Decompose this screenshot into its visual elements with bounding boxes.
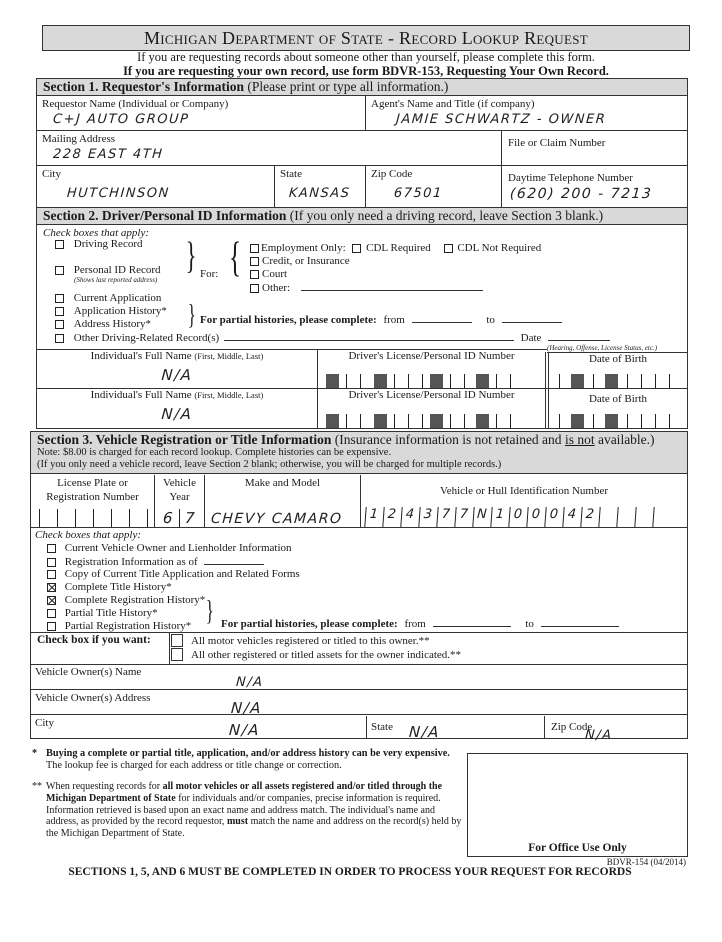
driving-record-checkbox[interactable] [55, 240, 64, 249]
option-partial-registration-history[interactable]: Partial Registration History* [47, 620, 191, 632]
cdl-not-required-checkbox[interactable] [444, 244, 453, 253]
state-field[interactable]: State KANSAS [275, 166, 366, 208]
individual-name-value-2: N/A [36, 405, 317, 423]
right-brace-icon: } [186, 237, 197, 275]
office-use-box: For Office Use Only [467, 753, 688, 857]
individual-name-field-1[interactable]: Individual's Full Name (First, Middle, L… [37, 350, 317, 388]
all-motor-checkbox[interactable] [171, 634, 183, 647]
address-history-checkbox[interactable] [55, 320, 64, 329]
section-3-check-label: Check boxes that apply: [35, 529, 141, 541]
option-current-owner[interactable]: Current Vehicle Owner and Lienholder Inf… [47, 542, 292, 554]
footnote-1: *Buying a complete or partial title, app… [32, 748, 462, 772]
section-3-heading: Section 3. Vehicle Registration or Title… [31, 432, 687, 474]
personal-id-option[interactable]: Personal ID Record (Shows last reported … [55, 264, 161, 285]
option-partial-title-history[interactable]: Partial Title History* [47, 607, 158, 619]
current-application-option[interactable]: Current Application [55, 292, 161, 304]
zip-field[interactable]: Zip Code 67501 [366, 166, 502, 208]
option-complete-registration-history[interactable]: Complete Registration History* [47, 594, 205, 606]
other-driving-input[interactable] [224, 331, 514, 341]
section-3: Section 3. Vehicle Registration or Title… [30, 431, 688, 739]
all-other-checkbox[interactable] [171, 648, 183, 661]
office-use-label: For Office Use Only [468, 842, 687, 854]
subtitle-1: If you are requesting records about some… [42, 50, 690, 65]
application-history-option[interactable]: Application History* [55, 305, 167, 317]
vehicle-year-field[interactable]: Vehicle Year 6 7 [155, 475, 205, 527]
current-application-checkbox[interactable] [55, 294, 64, 303]
license-number-field-2[interactable]: Driver's License/Personal ID Number [318, 389, 545, 428]
registration-date-input[interactable] [204, 555, 264, 565]
dob-tick-row-2 [559, 414, 684, 428]
credit-insurance-checkbox[interactable] [250, 257, 259, 266]
check-if-want-label: Check box if you want: [37, 634, 151, 646]
date-input[interactable] [548, 331, 610, 341]
requestor-name-field[interactable]: Requestor Name (Individual or Company) C… [37, 96, 366, 131]
complete-registration-history-checkbox[interactable] [47, 596, 56, 605]
other-driving-checkbox[interactable] [55, 334, 64, 343]
dob-field-1[interactable]: Date of Birth [549, 353, 687, 388]
phone-value: (620) 200 - 7213 [501, 184, 687, 202]
phone-field[interactable]: Daytime Telephone Number (620) 200 - 721… [502, 166, 687, 208]
owner-city-field[interactable]: City N/A [31, 716, 367, 738]
credit-insurance-option[interactable]: Credit, or Insurance [250, 255, 350, 267]
owner-zip-field[interactable]: Zip Code N/A [545, 716, 687, 738]
agent-name-value: JAMIE SCHWARTZ - OWNER [365, 112, 687, 127]
make-model-field[interactable]: Make and Model CHEVY CAMARO [205, 475, 361, 527]
make-model-value: CHEVY CAMARO [210, 511, 343, 527]
cdl-required-checkbox[interactable] [352, 244, 361, 253]
bottom-notice: SECTIONS 1, 5, AND 6 MUST BE COMPLETED I… [30, 866, 670, 878]
court-checkbox[interactable] [250, 270, 259, 279]
vin-cells: 1 2 4 3 7 7 N 1 0 0 0 4 2 [365, 507, 685, 527]
agent-name-field[interactable]: Agent's Name and Title (if company) JAMI… [366, 96, 687, 131]
from-date-input[interactable] [412, 313, 472, 323]
driving-record-option[interactable]: Driving Record [55, 238, 142, 250]
right-brace-icon: } [206, 598, 214, 626]
other-input[interactable] [301, 281, 483, 291]
other-option[interactable]: Other: [250, 281, 483, 294]
section-1-heading: Section 1. Requestor's Information (Plea… [37, 79, 687, 96]
option-registration-as-of[interactable]: Registration Information as of [47, 555, 264, 568]
footnote-2: ** When requesting records for all motor… [32, 781, 462, 840]
option-complete-title-history[interactable]: Complete Title History* [47, 581, 172, 593]
section-1: Section 1. Requestor's Information (Plea… [36, 78, 688, 209]
section-2: Section 2. Driver/Personal ID Informatio… [36, 207, 688, 429]
mailing-address-field[interactable]: Mailing Address 228 EAST 4TH [37, 131, 502, 166]
owner-state-field[interactable]: State N/A [367, 716, 545, 738]
registration-as-of-checkbox[interactable] [47, 558, 56, 567]
for-label: For: [200, 268, 218, 280]
partial-registration-history-checkbox[interactable] [47, 622, 56, 631]
employment-only-option[interactable]: Employment Only: CDL Required CDL Not Re… [250, 242, 541, 254]
individual-name-value-1: N/A [36, 366, 317, 384]
vehicle-to-date-input[interactable] [541, 617, 619, 627]
partial-histories-row: For partial histories, please complete: … [200, 313, 562, 326]
section-2-heading: Section 2. Driver/Personal ID Informatio… [37, 208, 687, 225]
vehicle-from-date-input[interactable] [433, 617, 511, 627]
mailing-address-value: 228 EAST 4TH [36, 147, 501, 162]
vin-field[interactable]: Vehicle or Hull Identification Number 1 … [361, 475, 687, 527]
current-owner-checkbox[interactable] [47, 544, 56, 553]
right-brace-icon: } [188, 302, 196, 330]
copy-title-checkbox[interactable] [47, 570, 56, 579]
option-copy-title[interactable]: Copy of Current Title Application and Re… [47, 568, 300, 580]
city-value: HUTCHINSON [36, 182, 274, 201]
partial-title-history-checkbox[interactable] [47, 609, 56, 618]
form-title: Michigan Department of State - Record Lo… [144, 28, 588, 48]
court-option[interactable]: Court [250, 268, 287, 280]
plate-field[interactable]: License Plate or Registration Number [31, 475, 155, 527]
partial-histories-row-3: For partial histories, please complete: … [221, 617, 619, 630]
employment-only-checkbox[interactable] [250, 244, 259, 253]
form-title-banner: Michigan Department of State - Record Lo… [42, 25, 690, 51]
city-field[interactable]: City HUTCHINSON [37, 166, 275, 208]
other-driving-option[interactable]: Other Driving-Related Record(s) Date [55, 331, 610, 344]
license-tick-row-2 [326, 414, 536, 428]
owner-address-field[interactable]: Vehicle Owner(s) Address N/A [31, 691, 687, 715]
state-value: KANSAS [274, 182, 365, 201]
other-checkbox[interactable] [250, 284, 259, 293]
complete-title-history-checkbox[interactable] [47, 583, 56, 592]
dob-field-2[interactable]: Date of Birth [549, 389, 687, 428]
application-history-checkbox[interactable] [55, 307, 64, 316]
license-tick-row-1 [326, 374, 536, 388]
license-number-field-1[interactable]: Driver's License/Personal ID Number [318, 350, 545, 388]
requestor-name-value: C+J AUTO GROUP [36, 112, 365, 127]
dob-tick-row-1 [559, 374, 684, 388]
zip-value: 67501 [365, 182, 501, 201]
left-brace-icon: { [229, 237, 241, 279]
address-history-option[interactable]: Address History* [55, 318, 151, 330]
owner-name-field[interactable]: Vehicle Owner(s) Name N/A [31, 665, 687, 690]
personal-id-checkbox[interactable] [55, 266, 64, 275]
date-note: (Hearing, Offense, License Status, etc.) [547, 344, 657, 352]
subtitle-2: If you are requesting your own record, u… [42, 64, 690, 79]
file-claim-field[interactable]: File or Claim Number [502, 131, 687, 166]
to-date-input[interactable] [502, 313, 562, 323]
individual-name-field-2[interactable]: Individual's Full Name (First, Middle, L… [37, 389, 317, 428]
